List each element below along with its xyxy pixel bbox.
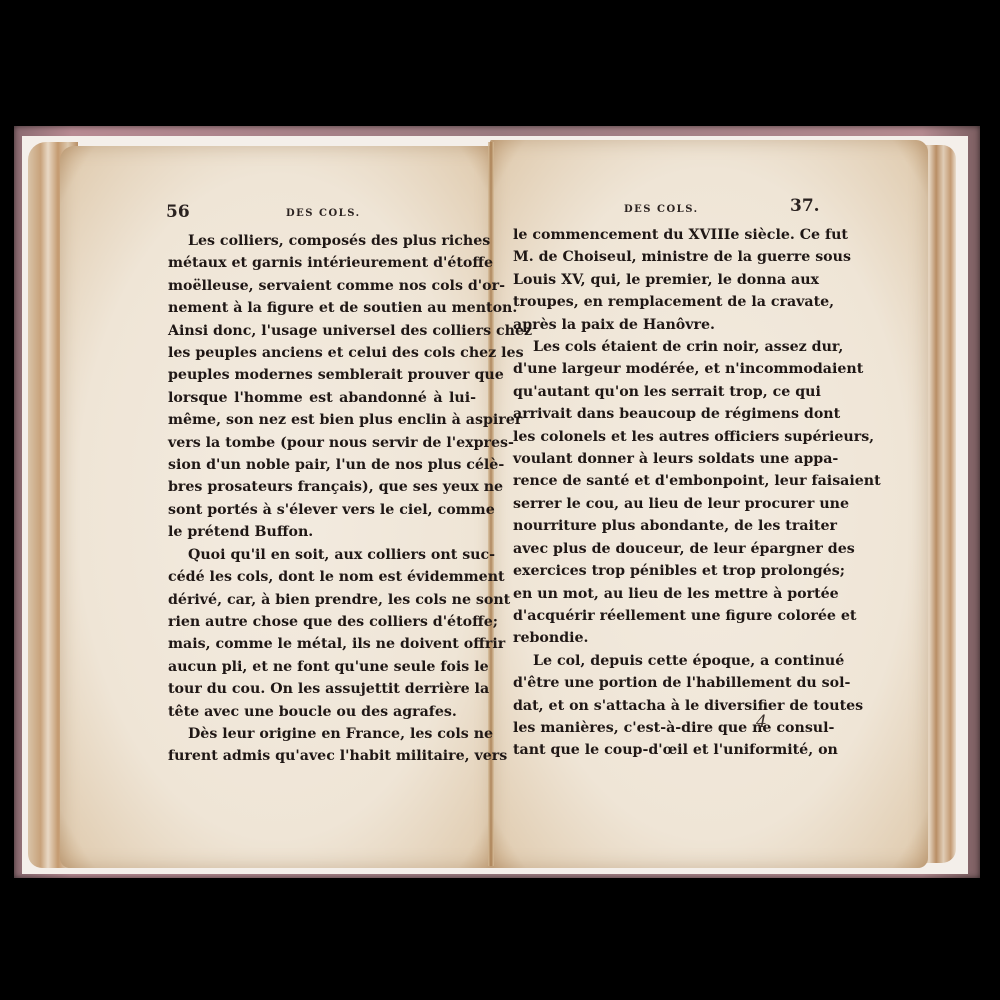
text-line: nement à la figure et de soutien au ment… <box>168 297 476 319</box>
text-line: cédé les cols, dont le nom est évidemmen… <box>168 566 476 588</box>
text-line: après la paix de Hanôvre. <box>513 314 815 336</box>
text-line: exercices trop pénibles et trop prolongé… <box>513 560 815 582</box>
text-line: les manières, c'est-à-dire que ne consul… <box>513 717 815 739</box>
text-line: Les cols étaient de crin noir, assez dur… <box>513 336 815 358</box>
text-line: les peuples anciens et celui des cols ch… <box>168 342 476 364</box>
text-line: rien autre chose que des colliers d'étof… <box>168 611 476 633</box>
text-line: en un mot, au lieu de les mettre à porté… <box>513 583 815 605</box>
text-line: moëlleuse, servaient comme nos cols d'or… <box>168 275 476 297</box>
text-line: rence de santé et d'embonpoint, leur fai… <box>513 470 815 492</box>
text-line: nourriture plus abondante, de les traite… <box>513 515 815 537</box>
text-line: qu'autant qu'on les serrait trop, ce qui <box>513 381 815 403</box>
text-line: troupes, en remplacement de la cravate, <box>513 291 815 313</box>
text-line: peuples modernes semblerait prouver que <box>168 364 476 386</box>
text-line: tant que le coup-d'œil et l'uniformité, … <box>513 739 815 761</box>
text-line: le commencement du XVIIIe siècle. Ce fut <box>513 224 815 246</box>
text-line: tête avec une boucle ou des agrafes. <box>168 701 476 723</box>
text-line: dérivé, car, à bien prendre, les cols ne… <box>168 589 476 611</box>
text-line: Dès leur origine en France, les cols ne <box>168 723 476 745</box>
text-line: serrer le cou, au lieu de leur procurer … <box>513 493 815 515</box>
text-line: arrivait dans beaucoup de régimens dont <box>513 403 815 425</box>
text-line: d'acquérir réellement une figure colorée… <box>513 605 815 627</box>
left-running-head: DES COLS. <box>286 208 361 219</box>
right-running-head: DES COLS. <box>624 204 699 215</box>
text-line: vers la tombe (pour nous servir de l'exp… <box>168 432 476 454</box>
right-page-number: 37. <box>790 196 820 216</box>
text-line: voulant donner à leurs soldats une appa- <box>513 448 815 470</box>
text-line: bres prosateurs français), que ses yeux … <box>168 476 476 498</box>
signature-mark: 4 <box>756 712 767 732</box>
text-line: Quoi qu'il en soit, aux colliers ont suc… <box>168 544 476 566</box>
text-line: mais, comme le métal, ils ne doivent off… <box>168 633 476 655</box>
text-line: d'être une portion de l'habillement du s… <box>513 672 815 694</box>
text-line: avec plus de douceur, de leur épargner d… <box>513 538 815 560</box>
text-line: Les colliers, composés des plus riches <box>168 230 476 252</box>
text-line: lorsque l'homme est abandonné à lui- <box>168 387 476 409</box>
text-line: métaux et garnis intérieurement d'étoffe <box>168 252 476 274</box>
text-line: furent admis qu'avec l'habit militaire, … <box>168 745 476 767</box>
text-line: sont portés à s'élever vers le ciel, com… <box>168 499 476 521</box>
left-page-number: 56 <box>166 202 190 222</box>
text-line: tour du cou. On les assujettit derrière … <box>168 678 476 700</box>
text-line: dat, et on s'attacha à le diversifier de… <box>513 695 815 717</box>
text-line: d'une largeur modérée, et n'incommodaien… <box>513 358 815 380</box>
text-line: aucun pli, et ne font qu'une seule fois … <box>168 656 476 678</box>
text-line: même, son nez est bien plus enclin à asp… <box>168 409 476 431</box>
right-page-text: le commencement du XVIIIe siècle. Ce fut… <box>513 224 815 762</box>
text-line: sion d'un noble pair, l'un de nos plus c… <box>168 454 476 476</box>
text-line: Ainsi donc, l'usage universel des collie… <box>168 320 476 342</box>
text-line: rebondie. <box>513 627 815 649</box>
text-line: M. de Choiseul, ministre de la guerre so… <box>513 246 815 268</box>
text-line: Le col, depuis cette époque, a continué <box>513 650 815 672</box>
text-line: Louis XV, qui, le premier, le donna aux <box>513 269 815 291</box>
left-page-text: Les colliers, composés des plus richesmé… <box>168 230 476 768</box>
text-line: le prétend Buffon. <box>168 521 476 543</box>
text-line: les colonels et les autres officiers sup… <box>513 426 815 448</box>
